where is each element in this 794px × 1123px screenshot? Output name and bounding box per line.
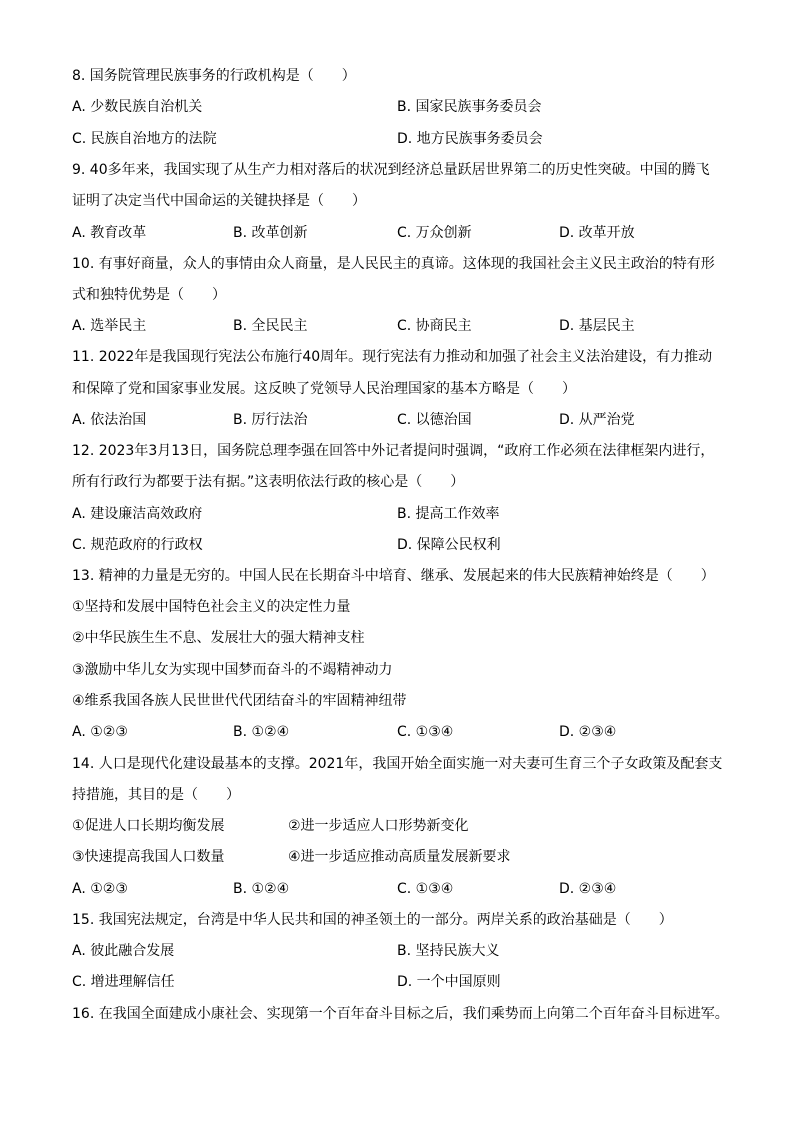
question-13-option-b: B. ①②④	[233, 722, 289, 742]
question-9-option-b: B. 改革创新	[233, 223, 308, 243]
question-8-stem: 8. 国务院管理民族事务的行政机构是（ ）	[72, 66, 356, 86]
question-14-statement-4: ④进一步适应推动高质量发展新要求	[288, 847, 511, 867]
question-8-option-c: C. 民族自治地方的法院	[72, 129, 217, 149]
question-8-option-b: B. 国家民族事务委员会	[397, 97, 542, 117]
question-10-option-d: D. 基层民主	[559, 316, 635, 336]
question-12-option-b: B. 提高工作效率	[397, 504, 500, 524]
question-14-option-d: D. ②③④	[559, 879, 616, 899]
question-10-stem-line1: 10. 有事好商量，众人的事情由众人商量，是人民民主的真谛。这体现的我国社会主义…	[72, 254, 715, 274]
question-9-option-c: C. 万众创新	[397, 223, 472, 243]
question-14-statement-3: ③快速提高我国人口数量	[72, 847, 225, 867]
question-14-statement-1: ①促进人口长期均衡发展	[72, 816, 225, 836]
question-10-option-c: C. 协商民主	[397, 316, 472, 336]
question-13-option-c: C. ①③④	[397, 722, 453, 742]
question-15-stem: 15. 我国宪法规定，台湾是中华人民共和国的神圣领土的一部分。两岸关系的政治基础…	[72, 910, 673, 930]
question-8-option-d: D. 地方民族事务委员会	[397, 129, 543, 149]
question-15-option-d: D. 一个中国原则	[397, 972, 501, 992]
question-14-option-a: A. ①②③	[72, 879, 128, 899]
question-13-statement-3: ③激励中华儿女为实现中国梦而奋斗的不竭精神动力	[72, 660, 393, 680]
question-9-option-a: A. 教育改革	[72, 223, 146, 243]
question-12-stem-line2: 所有行政行为都要于法有据。”这表明依法行政的核心是（ ）	[72, 472, 464, 492]
question-12-option-c: C. 规范政府的行政权	[72, 535, 203, 555]
question-13-statement-4: ④维系我国各族人民世世代代团结奋斗的牢固精神纽带	[72, 691, 407, 711]
question-11-stem-line2: 和保障了党和国家事业发展。这反映了党领导人民治理国家的基本方略是（ ）	[72, 379, 576, 399]
question-11-option-b: B. 厉行法治	[233, 410, 308, 430]
question-11-option-a: A. 依法治国	[72, 410, 146, 430]
question-12-option-a: A. 建设廉洁高效政府	[72, 504, 202, 524]
question-16-stem: 16. 在我国全面建成小康社会、实现第一个百年奋斗目标之后，我们乘势而上向第二个…	[72, 1004, 729, 1024]
question-14-stem-line1: 14. 人口是现代化建设最基本的支撑。2021年，我国开始全面实施一对夫妻可生育…	[72, 754, 722, 774]
question-9-stem-line2: 证明了决定当代中国命运的关键抉择是（ ）	[72, 191, 366, 211]
question-13-option-d: D. ②③④	[559, 722, 616, 742]
question-13-stem: 13. 精神的力量是无穷的。中国人民在长期奋斗中培育、继承、发展起来的伟大民族精…	[72, 566, 715, 586]
question-10-stem-line2: 式和独特优势是（ ）	[72, 285, 226, 305]
question-14-option-c: C. ①③④	[397, 879, 453, 899]
question-10-option-a: A. 选举民主	[72, 316, 146, 336]
question-12-option-d: D. 保障公民权利	[397, 535, 501, 555]
question-14-option-b: B. ①②④	[233, 879, 289, 899]
question-11-option-d: D. 从严治党	[559, 410, 635, 430]
question-14-statement-2: ②进一步适应人口形势新变化	[288, 816, 469, 836]
question-9-option-d: D. 改革开放	[559, 223, 635, 243]
question-10-option-b: B. 全民民主	[233, 316, 308, 336]
question-13-statement-1: ①坚持和发展中国特色社会主义的决定性力量	[72, 597, 351, 617]
question-13-statement-2: ②中华民族生生不息、发展壮大的强大精神支柱	[72, 628, 365, 648]
question-15-option-b: B. 坚持民族大义	[397, 941, 500, 961]
question-12-stem-line1: 12. 2023年3月13日，国务院总理李强在回答中外记者提问时强调，“政府工作…	[72, 441, 714, 461]
question-11-stem-line1: 11. 2022年是我国现行宪法公布施行40周年。现行宪法有力推动和加强了社会主…	[72, 347, 712, 367]
question-9-stem-line1: 9. 40多年来，我国实现了从生产力相对落后的状况到经济总量跃居世界第二的历史性…	[72, 160, 710, 180]
question-8-option-a: A. 少数民族自治机关	[72, 97, 202, 117]
question-15-option-c: C. 增进理解信任	[72, 972, 175, 992]
question-13-option-a: A. ①②③	[72, 722, 128, 742]
question-15-option-a: A. 彼此融合发展	[72, 941, 174, 961]
question-11-option-c: C. 以德治国	[397, 410, 472, 430]
question-14-stem-line2: 持措施，其目的是（ ）	[72, 785, 240, 805]
